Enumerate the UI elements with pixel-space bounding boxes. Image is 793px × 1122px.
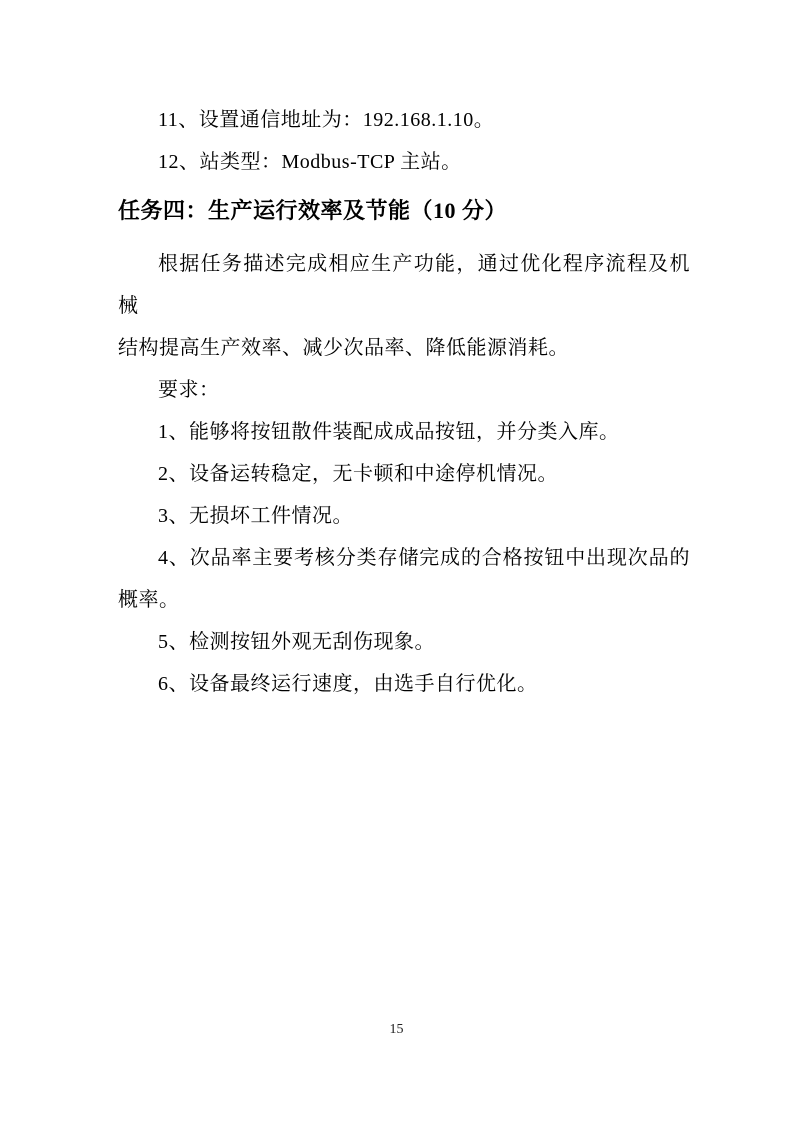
requirements-label: 要求： bbox=[118, 369, 690, 411]
page-number: 15 bbox=[0, 1020, 793, 1040]
document-content: 11、设置通信地址为：192.168.1.10。 12、站类型：Modbus-T… bbox=[118, 99, 690, 705]
requirement-item-3: 3、无损坏工件情况。 bbox=[118, 495, 690, 537]
requirement-item-4-line-2: 概率。 bbox=[118, 579, 690, 621]
numbered-item-11: 11、设置通信地址为：192.168.1.10。 bbox=[118, 99, 690, 141]
requirement-item-1: 1、能够将按钮散件装配成成品按钮，并分类入库。 bbox=[118, 411, 690, 453]
intro-paragraph-line-2: 结构提高生产效率、减少次品率、降低能源消耗。 bbox=[118, 327, 690, 369]
document-page: 11、设置通信地址为：192.168.1.10。 12、站类型：Modbus-T… bbox=[0, 0, 793, 1122]
numbered-item-12: 12、站类型：Modbus-TCP 主站。 bbox=[118, 141, 690, 183]
requirement-item-4-line-1: 4、次品率主要考核分类存储完成的合格按钮中出现次品的 bbox=[118, 537, 690, 579]
requirement-item-6: 6、设备最终运行速度，由选手自行优化。 bbox=[118, 663, 690, 705]
section-heading-task4: 任务四：生产运行效率及节能（10 分） bbox=[118, 190, 690, 232]
requirement-item-5: 5、检测按钮外观无刮伤现象。 bbox=[118, 621, 690, 663]
requirement-item-2: 2、设备运转稳定，无卡顿和中途停机情况。 bbox=[118, 453, 690, 495]
intro-paragraph-line-1: 根据任务描述完成相应生产功能，通过优化程序流程及机械 bbox=[118, 243, 690, 327]
